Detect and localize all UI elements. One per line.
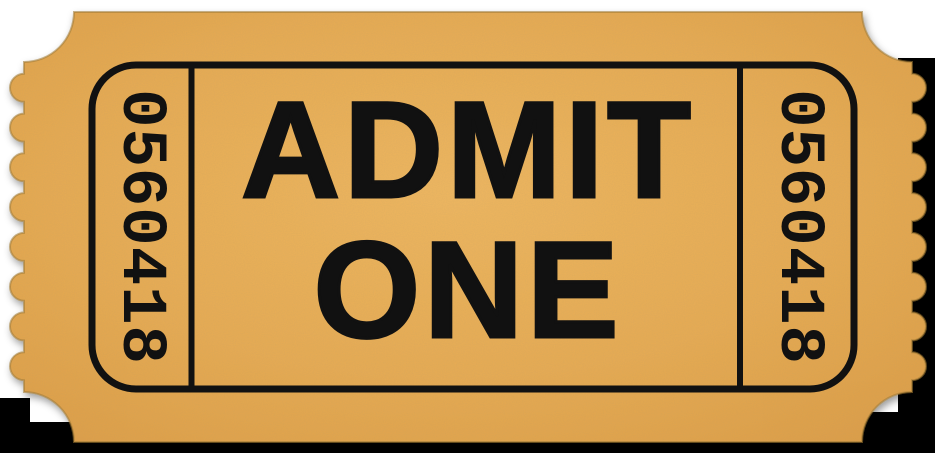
ticket-title-line2: ONE xyxy=(310,221,623,361)
serial-number-right: 0560418 xyxy=(762,87,834,367)
ticket-title-line1: ADMIT xyxy=(237,81,695,221)
canvas: 0560418 0560418 ADMIT ONE xyxy=(0,0,935,453)
ticket-title: ADMIT ONE xyxy=(195,62,737,392)
serial-number-left: 0560418 xyxy=(104,87,176,367)
